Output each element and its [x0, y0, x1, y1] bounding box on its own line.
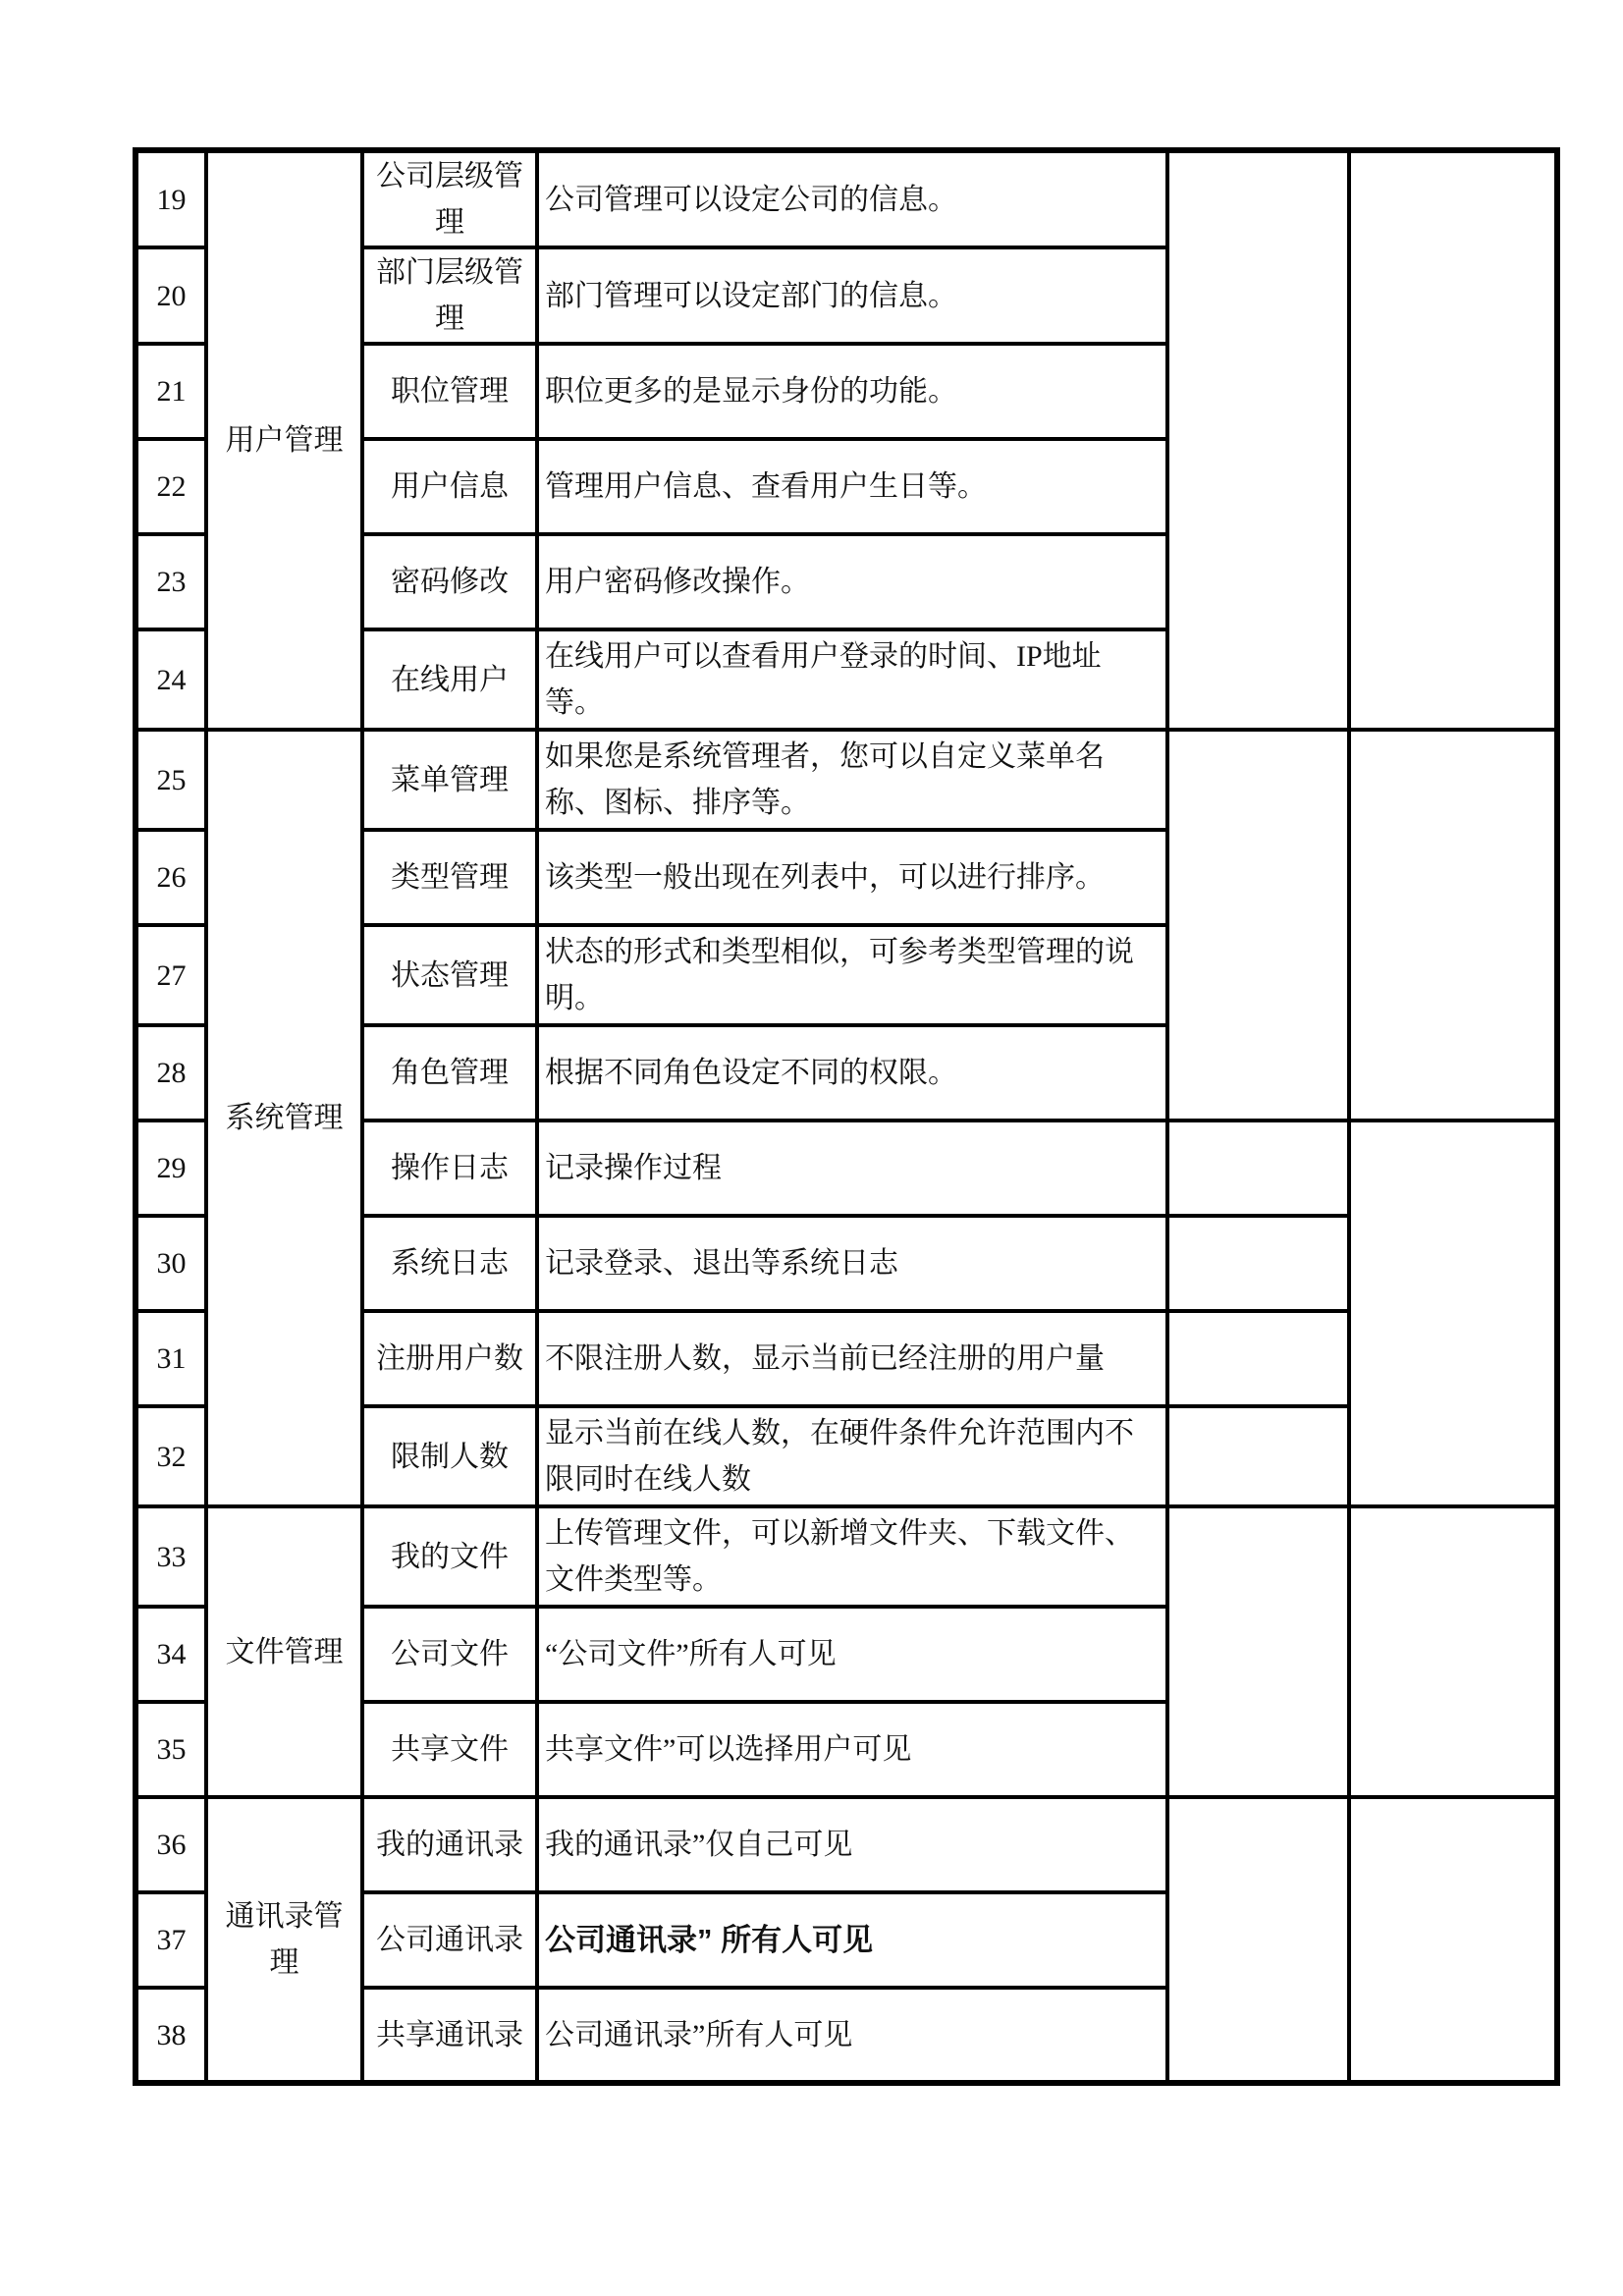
- row-number-cell: 25: [135, 730, 206, 830]
- document-page: 19 用户管理 公司层级管理 公司管理可以设定公司的信息。 20 部门层级管理 …: [0, 0, 1623, 2296]
- row-number-cell: 36: [135, 1797, 206, 1892]
- row-number-cell: 26: [135, 830, 206, 925]
- feature-cell: 菜单管理: [362, 730, 537, 830]
- category-cell-user-mgmt: 用户管理: [206, 150, 362, 730]
- description-cell: 管理用户信息、查看用户生日等。: [537, 439, 1167, 534]
- category-cell-system-mgmt: 系统管理: [206, 730, 362, 1506]
- feature-table: 19 用户管理 公司层级管理 公司管理可以设定公司的信息。 20 部门层级管理 …: [133, 147, 1560, 2086]
- row-number-cell: 19: [135, 150, 206, 247]
- feature-cell: 公司层级管理: [362, 150, 537, 247]
- feature-cell: 共享文件: [362, 1702, 537, 1797]
- feature-cell: 限制人数: [362, 1406, 537, 1506]
- description-cell: 共享文件”可以选择用户可见: [537, 1702, 1167, 1797]
- extra-cell-1: [1167, 730, 1349, 1121]
- feature-cell: 公司通讯录: [362, 1892, 537, 1988]
- description-cell: 如果您是系统管理者，您可以自定义菜单名称、图标、排序等。: [537, 730, 1167, 830]
- extra-cell-2: [1349, 1797, 1557, 2083]
- row-number-cell: 20: [135, 247, 206, 344]
- feature-cell: 类型管理: [362, 830, 537, 925]
- row-number-cell: 27: [135, 925, 206, 1025]
- feature-cell: 操作日志: [362, 1121, 537, 1216]
- category-cell-file-mgmt: 文件管理: [206, 1506, 362, 1797]
- description-cell: 公司通讯录” 所有人可见: [537, 1892, 1167, 1988]
- extra-cell-2: [1349, 150, 1557, 730]
- feature-cell: 状态管理: [362, 925, 537, 1025]
- row-number-cell: 28: [135, 1025, 206, 1121]
- row-number-cell: 33: [135, 1506, 206, 1607]
- extra-cell-2: [1349, 1506, 1557, 1797]
- table-row: 36 通讯录管理 我的通讯录 我的通讯录”仅自己可见: [135, 1797, 1557, 1892]
- description-cell: 记录登录、退出等系统日志: [537, 1216, 1167, 1311]
- feature-cell: 用户信息: [362, 439, 537, 534]
- description-cell: 显示当前在线人数，在硬件条件允许范围内不限同时在线人数: [537, 1406, 1167, 1506]
- extra-cell-2: [1349, 730, 1557, 1121]
- table-row: 25 系统管理 菜单管理 如果您是系统管理者，您可以自定义菜单名称、图标、排序等…: [135, 730, 1557, 830]
- row-number-cell: 35: [135, 1702, 206, 1797]
- extra-cell-1: [1167, 1797, 1349, 2083]
- row-number-cell: 37: [135, 1892, 206, 1988]
- description-cell: 状态的形式和类型相似，可参考类型管理的说明。: [537, 925, 1167, 1025]
- row-number-cell: 22: [135, 439, 206, 534]
- feature-cell: 公司文件: [362, 1607, 537, 1702]
- feature-cell: 我的通讯录: [362, 1797, 537, 1892]
- row-number-cell: 30: [135, 1216, 206, 1311]
- row-number-cell: 34: [135, 1607, 206, 1702]
- description-cell: 用户密码修改操作。: [537, 534, 1167, 629]
- description-cell: 公司管理可以设定公司的信息。: [537, 150, 1167, 247]
- description-cell: 不限注册人数，显示当前已经注册的用户量: [537, 1311, 1167, 1406]
- extra-cell-1: [1167, 1311, 1349, 1406]
- description-cell: 在线用户可以查看用户登录的时间、IP地址等。: [537, 629, 1167, 730]
- feature-cell: 注册用户数: [362, 1311, 537, 1406]
- feature-cell: 职位管理: [362, 344, 537, 439]
- row-number-cell: 32: [135, 1406, 206, 1506]
- description-cell: 职位更多的是显示身份的功能。: [537, 344, 1167, 439]
- extra-cell-1: [1167, 1406, 1349, 1506]
- feature-cell: 共享通讯录: [362, 1988, 537, 2083]
- feature-cell: 密码修改: [362, 534, 537, 629]
- extra-cell-1: [1167, 1121, 1349, 1216]
- row-number-cell: 31: [135, 1311, 206, 1406]
- feature-cell: 部门层级管理: [362, 247, 537, 344]
- table-row: 33 文件管理 我的文件 上传管理文件，可以新增文件夹、下载文件、文件类型等。: [135, 1506, 1557, 1607]
- description-cell: 根据不同角色设定不同的权限。: [537, 1025, 1167, 1121]
- category-cell-contacts-mgmt: 通讯录管理: [206, 1797, 362, 2083]
- feature-cell: 在线用户: [362, 629, 537, 730]
- description-cell: 我的通讯录”仅自己可见: [537, 1797, 1167, 1892]
- feature-cell: 系统日志: [362, 1216, 537, 1311]
- row-number-cell: 38: [135, 1988, 206, 2083]
- row-number-cell: 23: [135, 534, 206, 629]
- extra-cell-1: [1167, 150, 1349, 730]
- extra-cell-2: [1349, 1121, 1557, 1506]
- row-number-cell: 21: [135, 344, 206, 439]
- description-cell: 记录操作过程: [537, 1121, 1167, 1216]
- row-number-cell: 24: [135, 629, 206, 730]
- row-number-cell: 29: [135, 1121, 206, 1216]
- table-row: 19 用户管理 公司层级管理 公司管理可以设定公司的信息。: [135, 150, 1557, 247]
- description-cell: 部门管理可以设定部门的信息。: [537, 247, 1167, 344]
- feature-cell: 角色管理: [362, 1025, 537, 1121]
- description-cell: 上传管理文件，可以新增文件夹、下载文件、文件类型等。: [537, 1506, 1167, 1607]
- extra-cell-1: [1167, 1216, 1349, 1311]
- description-cell: 该类型一般出现在列表中，可以进行排序。: [537, 830, 1167, 925]
- feature-cell: 我的文件: [362, 1506, 537, 1607]
- description-cell: “公司文件”所有人可见: [537, 1607, 1167, 1702]
- extra-cell-1: [1167, 1506, 1349, 1797]
- description-cell: 公司通讯录”所有人可见: [537, 1988, 1167, 2083]
